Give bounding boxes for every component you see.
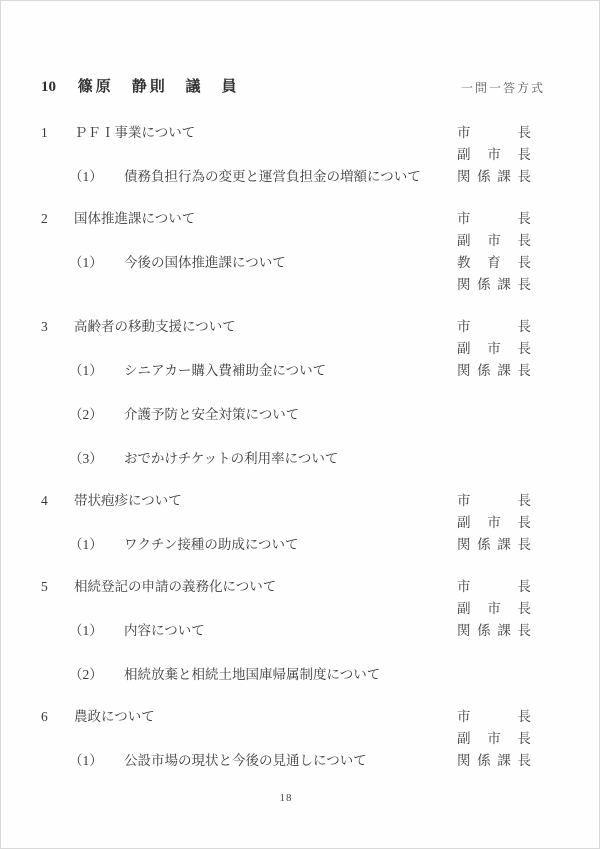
question-main: 2国体推進課について （1）今後の国体推進課について xyxy=(41,208,457,296)
subquestion-text: 相続放棄と相続土地国庫帰属制度について xyxy=(124,667,380,682)
subquestion-text: 介護予防と安全対策について xyxy=(124,407,299,422)
question-item: 1ＰＦＩ事業について （1）債務負担行為の変更と運営負担金の増額について 市長 … xyxy=(41,122,531,188)
question-topic: 帯状疱疹について xyxy=(74,493,182,508)
question-item: 5相続登記の申請の義務化について （1）内容について （2）相続放棄と相続土地国… xyxy=(41,576,531,686)
subquestion-text: シニアカー購入費補助金について xyxy=(124,363,326,378)
question-main: 5相続登記の申請の義務化について （1）内容について （2）相続放棄と相続土地国… xyxy=(41,576,457,686)
responders-column: 市長 副市長 関係課長 xyxy=(457,576,531,686)
question-topic: ＰＦＩ事業について xyxy=(74,125,195,140)
question-item: 4帯状疱疹について （1）ワクチン接種の助成について 市長 副市長 関係課長 xyxy=(41,490,531,556)
member-header: 10 篠原 静則 議 員 一問一答方式 xyxy=(41,76,531,98)
subquestion-number: （2） xyxy=(69,404,124,426)
answer-format-label: 一問一答方式 xyxy=(461,77,545,99)
question-item: 6農政について （1）公設市場の現状と今後の見通しについて 市長 副市長 関係課… xyxy=(41,706,531,772)
subquestion-text: 公設市場の現状と今後の見通しについて xyxy=(124,753,367,768)
responder-label: 市長 xyxy=(457,576,531,598)
responder-label: 関係課長 xyxy=(457,360,531,382)
question-main: 1ＰＦＩ事業について （1）債務負担行為の変更と運営負担金の増額について xyxy=(41,122,457,188)
responder-label: 副市長 xyxy=(457,338,531,360)
responders-column: 市長 副市長 関係課長 xyxy=(457,490,531,556)
subquestion-text: 今後の国体推進課について xyxy=(124,255,286,270)
subquestion-number: （1） xyxy=(69,360,124,382)
responder-label: 関係課長 xyxy=(457,620,531,642)
responder-label: 副市長 xyxy=(457,230,531,252)
question-number: 4 xyxy=(41,490,74,512)
responder-label: 副市長 xyxy=(457,512,531,534)
question-topic: 相続登記の申請の義務化について xyxy=(74,579,276,594)
subquestion-number: （3） xyxy=(69,448,124,470)
question-topic: 高齢者の移動支援について xyxy=(74,319,236,334)
responder-label: 教育長 xyxy=(457,252,531,274)
responders-column: 市長 副市長 関係課長 xyxy=(457,122,531,188)
responder-label: 市長 xyxy=(457,490,531,512)
question-main: 6農政について （1）公設市場の現状と今後の見通しについて xyxy=(41,706,457,772)
responders-column: 市長 副市長 教育長 関係課長 xyxy=(457,208,531,296)
document-page: 10 篠原 静則 議 員 一問一答方式 1ＰＦＩ事業について （1）債務負担行為… xyxy=(0,0,600,849)
question-item: 2国体推進課について （1）今後の国体推進課について 市長 副市長 教育長 関係… xyxy=(41,208,531,296)
question-main: 4帯状疱疹について （1）ワクチン接種の助成について xyxy=(41,490,457,556)
subquestion-text: ワクチン接種の助成について xyxy=(124,537,299,552)
responder-label: 副市長 xyxy=(457,144,531,166)
question-number: 1 xyxy=(41,122,74,144)
responders-column: 市長 副市長 関係課長 xyxy=(457,706,531,772)
subquestion-number: （1） xyxy=(69,750,124,772)
subquestion-number: （1） xyxy=(69,620,124,642)
responder-label: 市長 xyxy=(457,208,531,230)
subquestion-text: 債務負担行為の変更と運営負担金の増額について xyxy=(124,169,421,184)
responder-label: 市長 xyxy=(457,316,531,338)
subquestion-number: （1） xyxy=(69,166,124,188)
responder-label: 関係課長 xyxy=(457,274,531,296)
subquestion-text: 内容について xyxy=(124,623,205,638)
responder-label: 副市長 xyxy=(457,728,531,750)
question-number: 2 xyxy=(41,208,74,230)
responder-label: 関係課長 xyxy=(457,534,531,556)
member-title: 議 員 xyxy=(186,79,240,95)
responder-label: 市長 xyxy=(457,122,531,144)
subquestion-text: おでかけチケットの利用率について xyxy=(124,451,338,466)
question-number: 5 xyxy=(41,576,74,598)
subquestion-number: （2） xyxy=(69,664,124,686)
subquestion-number: （1） xyxy=(69,534,124,556)
responders-column: 市長 副市長 関係課長 xyxy=(457,316,531,470)
question-item: 3高齢者の移動支援について （1）シニアカー購入費補助金について （2）介護予防… xyxy=(41,316,531,470)
responder-label: 市長 xyxy=(457,706,531,728)
question-main: 3高齢者の移動支援について （1）シニアカー購入費補助金について （2）介護予防… xyxy=(41,316,457,470)
member-number: 10 xyxy=(41,76,74,98)
question-topic: 国体推進課について xyxy=(74,211,195,226)
question-topic: 農政について xyxy=(74,709,155,724)
member-name: 篠原 静則 xyxy=(78,79,168,95)
responder-label: 副市長 xyxy=(457,598,531,620)
question-number: 3 xyxy=(41,316,74,338)
page-number: 18 xyxy=(41,792,531,804)
responder-label: 関係課長 xyxy=(457,750,531,772)
question-number: 6 xyxy=(41,706,74,728)
responder-label: 関係課長 xyxy=(457,166,531,188)
subquestion-number: （1） xyxy=(69,252,124,274)
page-content: 10 篠原 静則 議 員 一問一答方式 1ＰＦＩ事業について （1）債務負担行為… xyxy=(1,1,599,804)
